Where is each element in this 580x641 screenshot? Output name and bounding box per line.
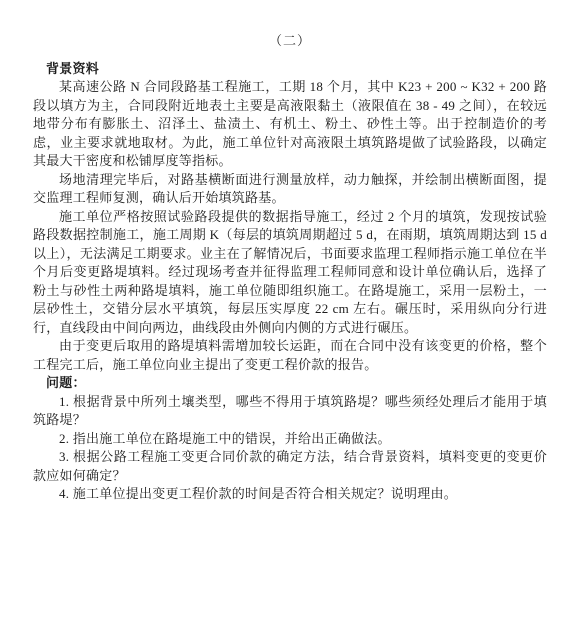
question-item-4: 4. 施工单位提出变更工程价款的时间是否符合相关规定？说明理由。 xyxy=(33,485,547,504)
question-item-1: 1. 根据背景中所列土壤类型，哪些不得用于填筑路堤？哪些须经处理后才能用于填筑路… xyxy=(33,393,547,430)
document-page: （二） 背景资料 某高速公路 N 合同段路基工程施工，工期 18 个月，其中 K… xyxy=(0,0,580,641)
background-paragraph-4: 由于变更后取用的路堤填料需增加较长运距，而在合同中没有该变更的价格，整个工程完工… xyxy=(33,337,547,374)
question-item-3: 3. 根据公路工程施工变更合同价款的确定方法，结合背景资料，填料变更的变更价款应… xyxy=(33,448,547,485)
question-item-2: 2. 指出施工单位在路堤施工中的错误，并给出正确做法。 xyxy=(33,430,547,449)
questions-heading: 问题： xyxy=(33,374,547,393)
section-number-title: （二） xyxy=(33,32,547,51)
background-paragraph-2: 场地清理完毕后，对路基横断面进行测量放样，动力触探，并绘制出横断面图，提交监理工… xyxy=(33,171,547,208)
background-heading: 背景资料 xyxy=(33,60,547,79)
background-paragraph-1: 某高速公路 N 合同段路基工程施工，工期 18 个月，其中 K23 + 200 … xyxy=(33,78,547,171)
background-paragraph-3: 施工单位严格按照试验路段提供的数据指导施工，经过 2 个月的填筑，发现按试验路段… xyxy=(33,208,547,338)
